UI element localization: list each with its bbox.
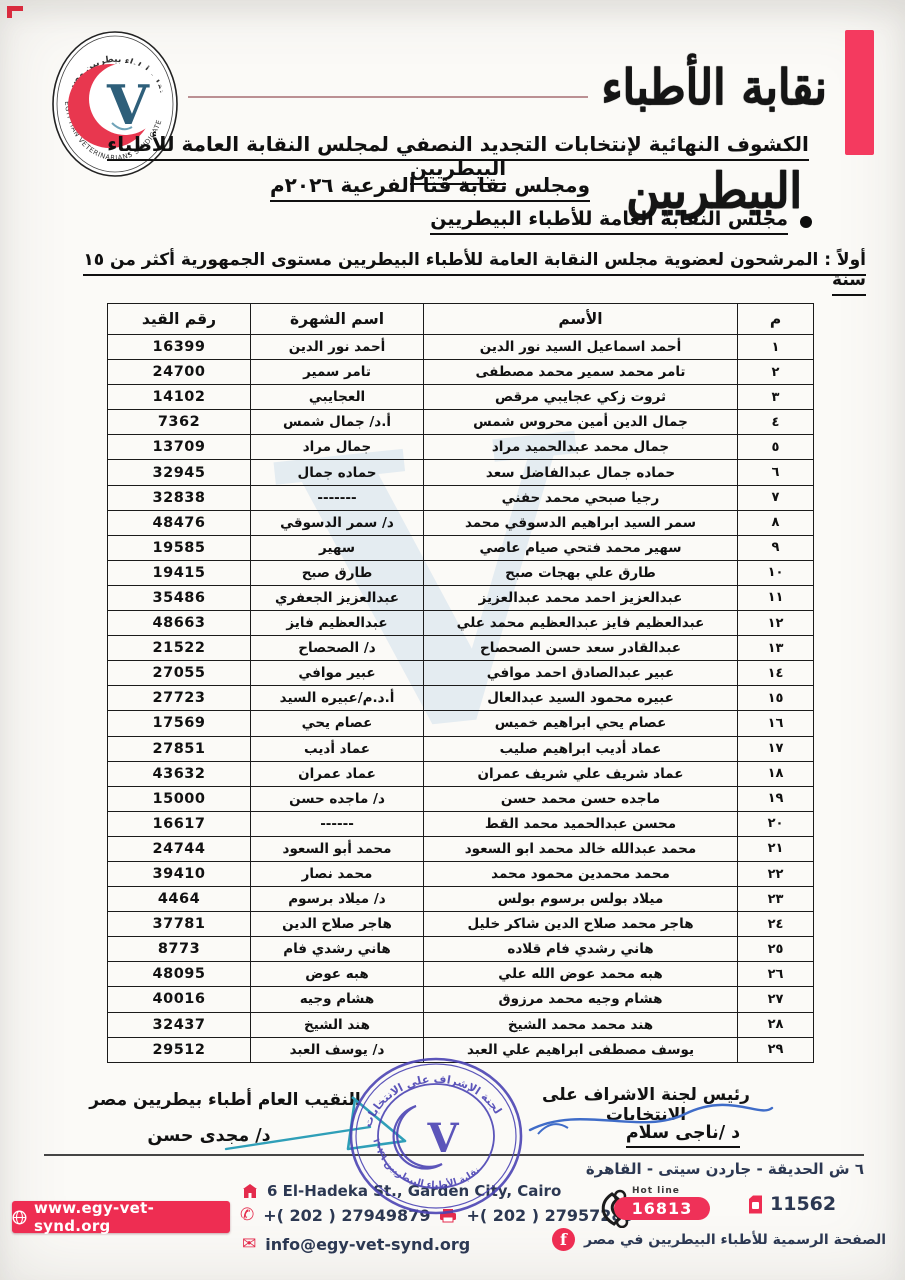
row-index: ٢٨ [738,1012,814,1037]
hotline-badge: Hot line 16813 [598,1186,718,1228]
candidate-known-as: د/ ميلاد برسوم [251,887,424,912]
row-index: ٢٢ [738,861,814,886]
candidate-name: ثروت زكي عجايبي مرقص [424,385,738,410]
row-index: ٢٤ [738,912,814,937]
facebook-page-text: الصفحة الرسمية للأطباء البيطريين في مصر [584,1232,886,1248]
candidate-reg-no: 27055 [108,661,251,686]
candidate-name: طارق علي بهجات صبح [424,560,738,585]
candidate-name: عبير عبدالصادق احمد موافي [424,661,738,686]
col-header-index: م [738,304,814,335]
candidate-name: عبدالعظيم فايز عبدالعظيم محمد علي [424,611,738,636]
bullet-icon [800,216,812,228]
table-row: ٢٦ هبه محمد عوض الله علي هبه عوض 48095 [108,962,814,987]
short-code-row: 11562 [748,1193,836,1215]
candidate-known-as: عماد أديب [251,736,424,761]
candidate-reg-no: 48476 [108,510,251,535]
chair-signature-ink [520,1096,780,1138]
candidate-name: هبه محمد عوض الله علي [424,962,738,987]
table-row: ١٥ عبيره محمود السيد عبدالعال أ.د.م/عبير… [108,686,814,711]
table-row: ١٣ عبدالقادر سعد حسن الصحصاح د/ الصحصاح … [108,636,814,661]
short-code-number: 11562 [770,1193,836,1215]
website-url[interactable]: www.egy-vet-synd.org [34,1199,230,1235]
candidate-known-as: طارق صبح [251,560,424,585]
email-address[interactable]: info@egy-vet-synd.org [265,1235,470,1254]
candidate-name: محمد عبدالله خالد محمد ابو السعود [424,836,738,861]
candidate-known-as: عصام يحي [251,711,424,736]
candidate-name: سمر السيد ابراهيم الدسوقي محمد [424,510,738,535]
candidate-name: رجيا صبحي محمد حفني [424,485,738,510]
row-index: ١٦ [738,711,814,736]
candidate-name: تامر محمد سمير محمد مصطفى [424,360,738,385]
row-index: ١ [738,335,814,360]
table-row: ٥ جمال محمد عبدالحميد مراد جمال مراد 137… [108,435,814,460]
candidates-table: م الأسم اسم الشهرة رقم القيد ١ أحمد اسما… [107,303,814,1063]
document-page: نقابة أطباء بيطريين مصر EGYPTIAN VETERIN… [0,0,905,1280]
table-row: ٢٤ هاجر محمد صلاح الدين شاكر خليل هاجر ص… [108,912,814,937]
table-row: ١٠ طارق علي بهجات صبح طارق صبح 19415 [108,560,814,585]
candidate-reg-no: 27851 [108,736,251,761]
candidate-reg-no: 27723 [108,686,251,711]
table-row: ٣ ثروت زكي عجايبي مرقص العجايبي 14102 [108,385,814,410]
candidate-reg-no: 35486 [108,585,251,610]
candidate-name: عبيره محمود السيد عبدالعال [424,686,738,711]
pink-edge-bar [845,30,874,155]
candidate-name: محسن عبدالحميد محمد القط [424,811,738,836]
building-icon [242,1183,258,1199]
calligraphy-title: نقابة الأطباء البيطريين [583,36,845,144]
candidate-known-as: عبدالعزيز الجعفري [251,585,424,610]
row-index: ٥ [738,435,814,460]
table-row: ٨ سمر السيد ابراهيم الدسوقي محمد د/ سمر … [108,510,814,535]
candidate-known-as: ------- [251,485,424,510]
candidate-reg-no: 40016 [108,987,251,1012]
bullet-item-label: مجلس النقابة العامة للأطباء البيطريين [430,208,788,235]
table-row: ١٤ عبير عبدالصادق احمد موافي عبير موافي … [108,661,814,686]
candidate-name: هاجر محمد صلاح الدين شاكر خليل [424,912,738,937]
document-title-line2: ومجلس نقابة قنا الفرعية ٢٠٢٦م [100,173,760,197]
bullet-item-row: مجلس النقابة العامة للأطباء البيطريين [430,208,812,235]
candidate-reg-no: 43632 [108,761,251,786]
row-index: ١٤ [738,661,814,686]
row-index: ٨ [738,510,814,535]
candidate-known-as: د/ سمر الدسوقي [251,510,424,535]
row-index: ٢٣ [738,887,814,912]
candidate-reg-no: 24700 [108,360,251,385]
row-index: ١١ [738,585,814,610]
hotline-number: 16813 [614,1197,710,1220]
candidate-name: هاني رشدي فام قلاده [424,937,738,962]
row-index: ٩ [738,535,814,560]
candidate-reg-no: 21522 [108,636,251,661]
candidate-known-as: العجايبي [251,385,424,410]
candidate-known-as: هبه عوض [251,962,424,987]
table-row: ٢٣ ميلاد بولس برسوم بولس د/ ميلاد برسوم … [108,887,814,912]
candidate-reg-no: 8773 [108,937,251,962]
candidate-name: جمال محمد عبدالحميد مراد [424,435,738,460]
table-row: ١ أحمد اسماعيل السيد نور الدين أحمد نور … [108,335,814,360]
candidate-name: جمال الدين أمين محروس شمس [424,410,738,435]
facebook-icon[interactable]: f [552,1228,575,1251]
table-row: ٢١ محمد عبدالله خالد محمد ابو السعود محم… [108,836,814,861]
row-index: ٧ [738,485,814,510]
candidate-name: عبدالعزيز احمد محمد عبدالعزيز [424,585,738,610]
candidate-known-as: أحمد نور الدين [251,335,424,360]
candidate-name: سهير محمد فتحي صيام عاصي [424,535,738,560]
candidate-reg-no: 32838 [108,485,251,510]
envelope-icon: ✉ [242,1236,256,1253]
candidate-known-as: أ.د/ جمال شمس [251,410,424,435]
candidate-reg-no: 4464 [108,887,251,912]
candidate-reg-no: 14102 [108,385,251,410]
row-index: ١٢ [738,611,814,636]
candidate-name: أحمد اسماعيل السيد نور الدين [424,335,738,360]
candidate-known-as: أ.د.م/عبيره السيد [251,686,424,711]
candidate-known-as: ------ [251,811,424,836]
address-ar-text: ٦ ش الحديقة - جاردن سيتى - القاهرة [520,1160,864,1178]
table-row: ٩ سهير محمد فتحي صيام عاصي سهير 19585 [108,535,814,560]
candidate-reg-no: 13709 [108,435,251,460]
row-index: ١٣ [738,636,814,661]
table-row: ٦ حماده جمال عبدالفاضل سعد حماده جمال 32… [108,460,814,485]
header-divider-line [188,96,588,98]
email-row: ✉ info@egy-vet-synd.org [242,1235,470,1254]
row-index: ١٧ [738,736,814,761]
sim-card-icon [748,1195,763,1214]
table-row: ١٧ عماد أديب ابراهيم صليب عماد أديب 2785… [108,736,814,761]
candidate-known-as: محمد نصار [251,861,424,886]
row-index: ٦ [738,460,814,485]
candidate-reg-no: 19585 [108,535,251,560]
table-row: ٢ تامر محمد سمير محمد مصطفى تامر سمير 24… [108,360,814,385]
table-row: ٤ جمال الدين أمين محروس شمس أ.د/ جمال شم… [108,410,814,435]
candidate-reg-no: 24744 [108,836,251,861]
candidate-name: حماده جمال عبدالفاضل سعد [424,460,738,485]
logo-monogram: V [106,73,150,137]
table-row: ٧ رجيا صبحي محمد حفني ------- 32838 [108,485,814,510]
candidate-reg-no: 7362 [108,410,251,435]
col-header-known-as: اسم الشهرة [251,304,424,335]
row-index: ٢٦ [738,962,814,987]
candidate-name: عصام يحي ابراهيم خميس [424,711,738,736]
candidate-known-as: عبير موافي [251,661,424,686]
candidate-known-as: هاجر صلاح الدين [251,912,424,937]
table-row: ٢٢ محمد محمدين محمود محمد محمد نصار 3941… [108,861,814,886]
hotline-label: Hot line [632,1186,680,1196]
candidate-reg-no: 15000 [108,786,251,811]
candidate-known-as: هشام وجيه [251,987,424,1012]
row-index: ٢ [738,360,814,385]
official-stamp: لجنة الإشراف على الانتخابات نقابة الأطبا… [346,1054,526,1222]
candidate-known-as: د/ الصحصاح [251,636,424,661]
candidate-known-as: هاني رشدي فام [251,937,424,962]
candidate-reg-no: 19415 [108,560,251,585]
row-index: ٢٩ [738,1037,814,1062]
col-header-reg-no: رقم القيد [108,304,251,335]
candidate-reg-no: 32437 [108,1012,251,1037]
table-row: ٢٠ محسن عبدالحميد محمد القط ------ 16617 [108,811,814,836]
website-badge[interactable]: www.egy-vet-synd.org [12,1201,230,1233]
table-row: ١٦ عصام يحي ابراهيم خميس عصام يحي 17569 [108,711,814,736]
row-index: ١٨ [738,761,814,786]
candidate-known-as: سهير [251,535,424,560]
table-row: ١٢ عبدالعظيم فايز عبدالعظيم محمد علي عبد… [108,611,814,636]
candidate-reg-no: 48095 [108,962,251,987]
row-index: ٢٥ [738,937,814,962]
col-header-name: الأسم [424,304,738,335]
table-row: ٢٧ هشام وجيه محمد مرزوق هشام وجيه 40016 [108,987,814,1012]
row-index: ٣ [738,385,814,410]
candidate-name: هند محمد محمد الشيخ [424,1012,738,1037]
table-row: ٢٥ هاني رشدي فام قلاده هاني رشدي فام 877… [108,937,814,962]
candidate-name: هشام وجيه محمد مرزوق [424,987,738,1012]
candidate-name: محمد محمدين محمود محمد [424,861,738,886]
row-index: ١٩ [738,786,814,811]
table-row: ١٨ عماد شريف علي شريف عمران عماد عمران 4… [108,761,814,786]
candidate-name: ماجده حسن محمد حسن [424,786,738,811]
candidate-reg-no: 39410 [108,861,251,886]
candidate-known-as: تامر سمير [251,360,424,385]
facebook-row[interactable]: f الصفحة الرسمية للأطباء البيطريين في مص… [552,1228,886,1251]
row-index: ١٠ [738,560,814,585]
table-header-row: م الأسم اسم الشهرة رقم القيد [108,304,814,335]
candidate-reg-no: 17569 [108,711,251,736]
candidate-reg-no: 16617 [108,811,251,836]
scan-artifact-mark [7,6,12,18]
row-index: ٢٠ [738,811,814,836]
row-index: ٢٧ [738,987,814,1012]
row-index: ٢١ [738,836,814,861]
candidate-known-as: جمال مراد [251,435,424,460]
candidate-known-as: محمد أبو السعود [251,836,424,861]
candidate-known-as: عماد عمران [251,761,424,786]
phone-icon: ✆ [240,1207,254,1224]
stamp-monogram: V [426,1115,459,1162]
candidate-reg-no: 37781 [108,912,251,937]
candidate-reg-no: 48663 [108,611,251,636]
candidate-name: عماد شريف علي شريف عمران [424,761,738,786]
row-index: ٤ [738,410,814,435]
row-index: ١٥ [738,686,814,711]
globe-icon [12,1210,27,1225]
section-heading: أولاً : المرشحون لعضوية مجلس النقابة الع… [70,250,866,290]
table-row: ١٩ ماجده حسن محمد حسن د/ ماجده حسن 15000 [108,786,814,811]
candidate-name: عبدالقادر سعد حسن الصحصاح [424,636,738,661]
candidate-known-as: حماده جمال [251,460,424,485]
candidate-known-as: عبدالعظيم فايز [251,611,424,636]
stamp-ring-bottom-text: نقابة الأطباء البيطريين ٢٠٢٦ [370,1138,482,1192]
candidate-name: ميلاد بولس برسوم بولس [424,887,738,912]
candidate-known-as: د/ ماجده حسن [251,786,424,811]
candidate-name: عماد أديب ابراهيم صليب [424,736,738,761]
candidate-reg-no: 32945 [108,460,251,485]
table-row: ٢٨ هند محمد محمد الشيخ هند الشيخ 32437 [108,1012,814,1037]
table-row: ١١ عبدالعزيز احمد محمد عبدالعزيز عبدالعز… [108,585,814,610]
candidate-reg-no: 29512 [108,1037,251,1062]
candidate-reg-no: 16399 [108,335,251,360]
candidate-known-as: هند الشيخ [251,1012,424,1037]
